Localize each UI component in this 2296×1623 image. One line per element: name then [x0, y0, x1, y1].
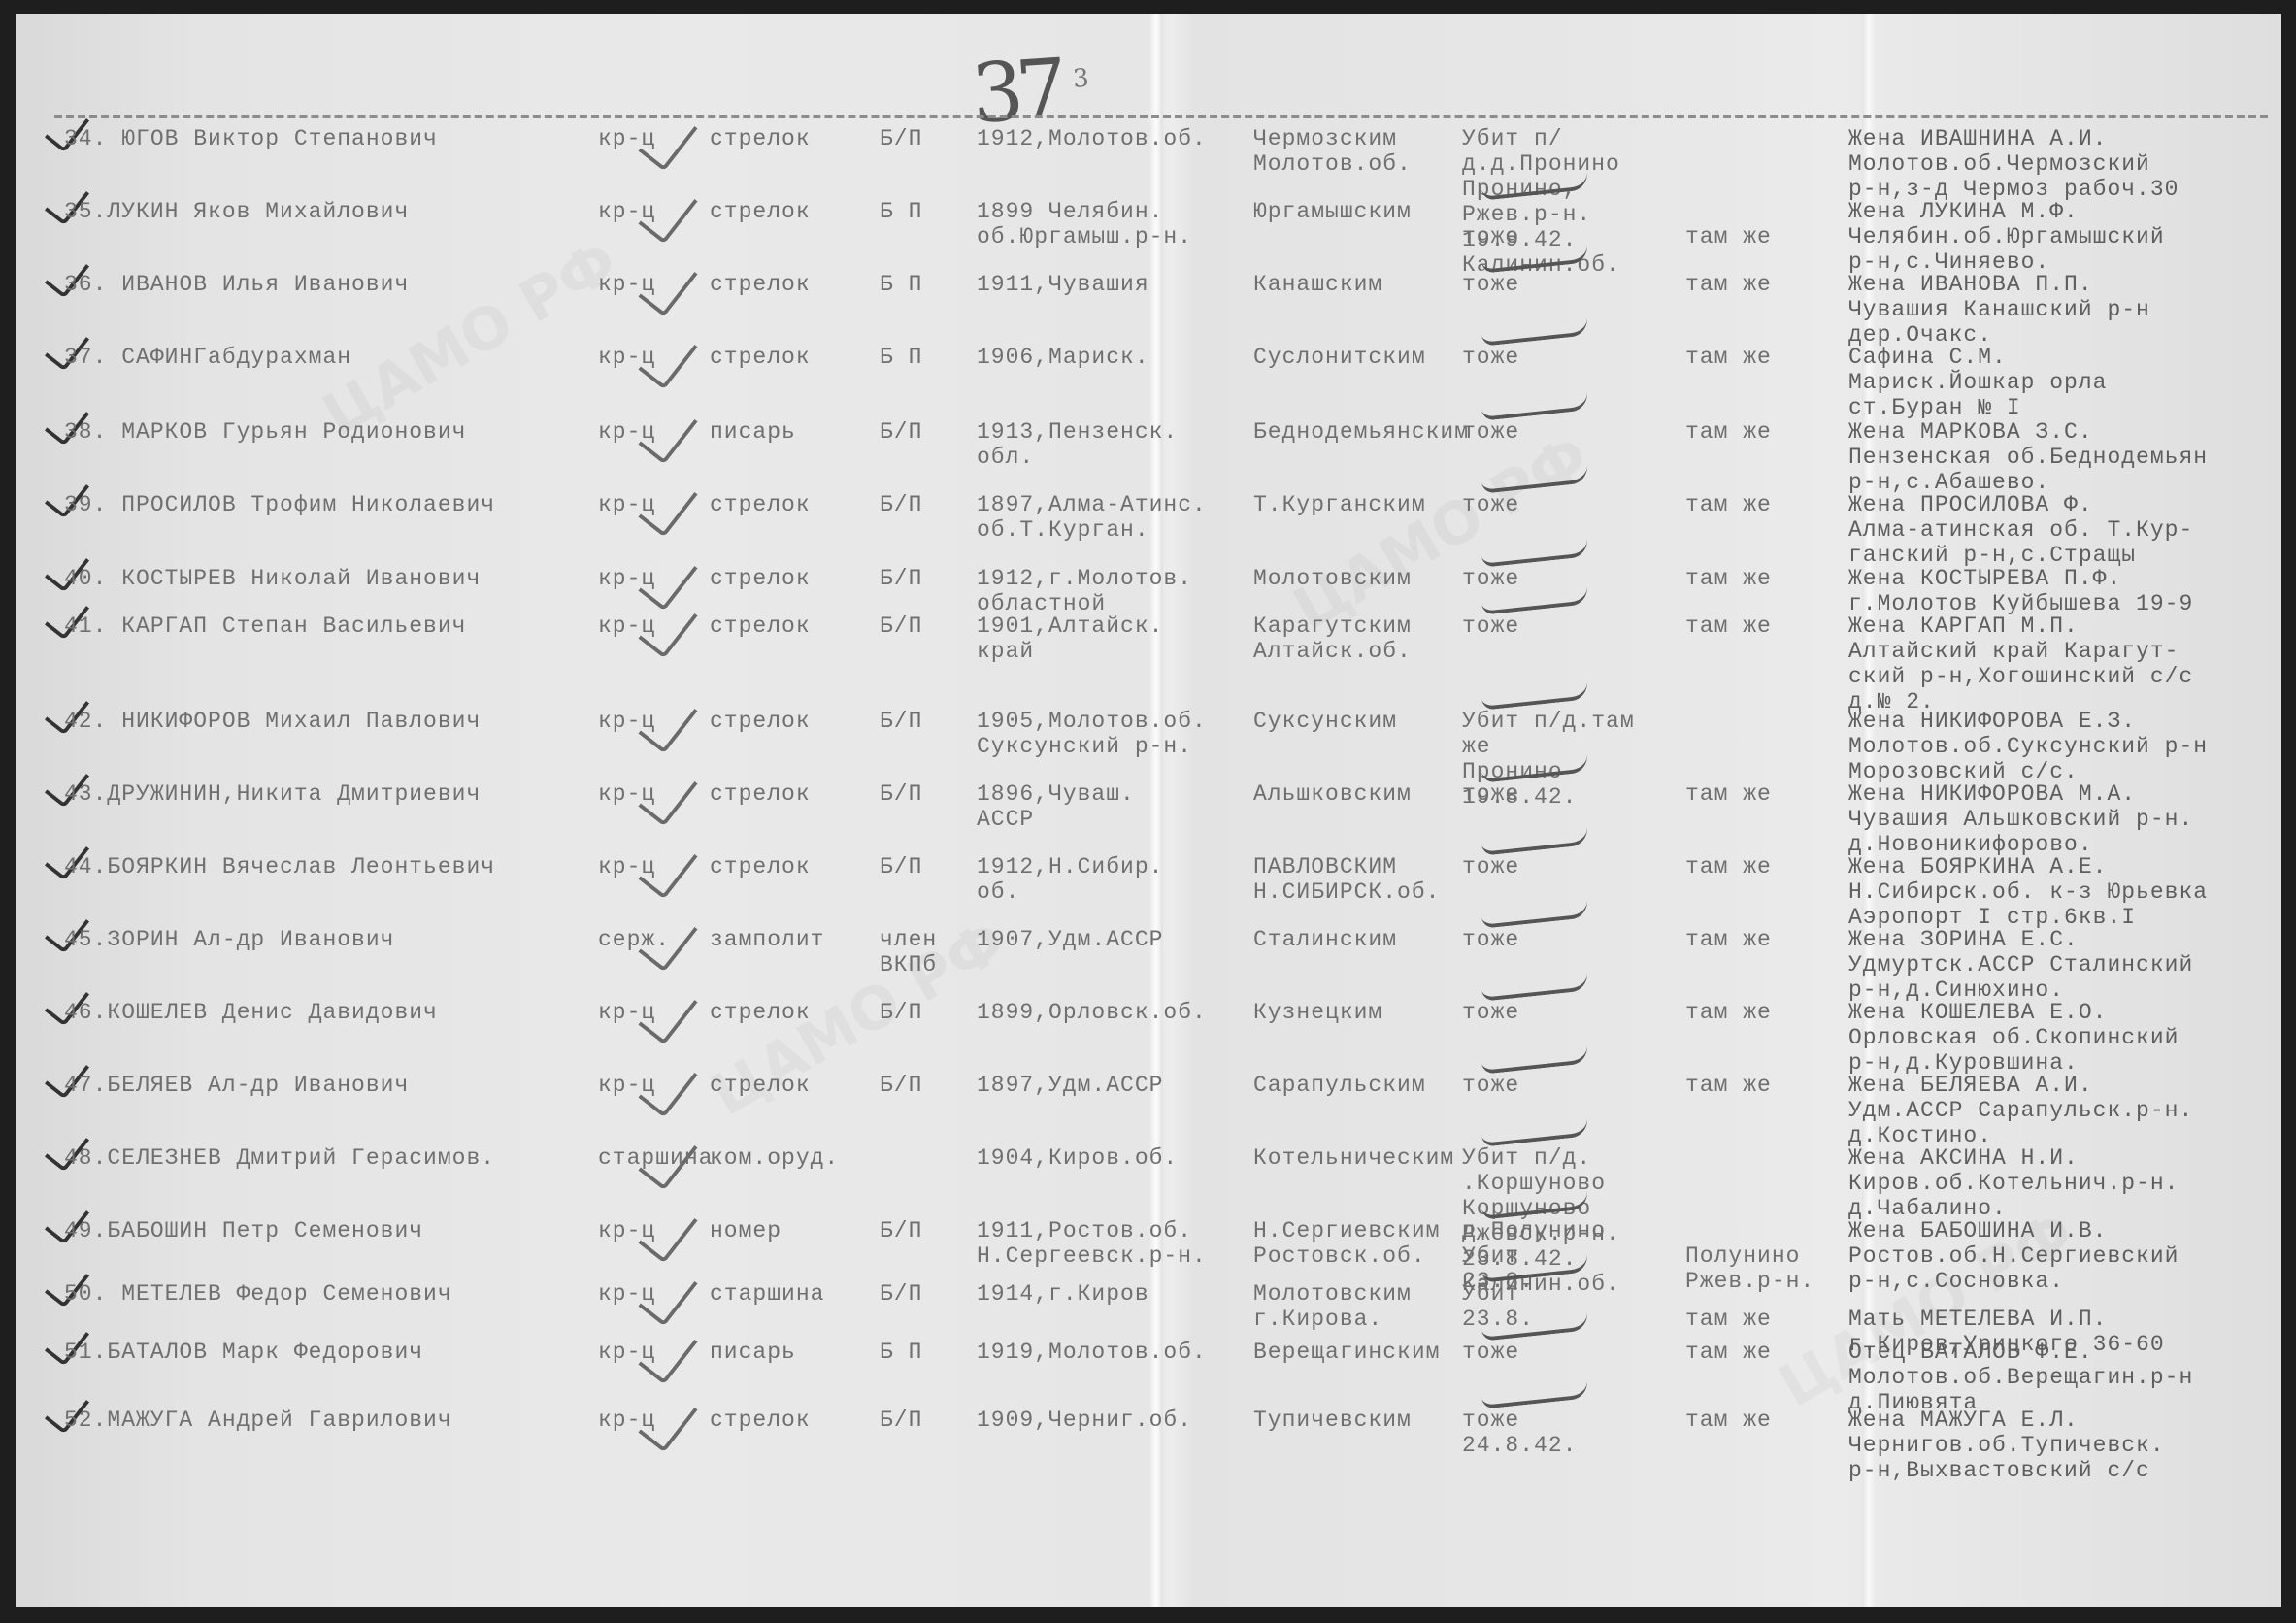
cell-position: старшина: [710, 1281, 824, 1307]
ditto-mark: [1481, 973, 1588, 1001]
cell-position: писарь: [710, 1340, 796, 1365]
cell-fate: тоже: [1462, 1073, 1676, 1098]
cell-rank: серж.: [598, 927, 670, 952]
cell-fate: тоже 24.8.42.: [1462, 1408, 1676, 1458]
cell-fate: тоже: [1462, 1000, 1676, 1025]
cell-fate: тоже: [1462, 272, 1676, 297]
ditto-mark: [1481, 827, 1588, 855]
cell-name: 43.ДРУЖИНИН,Никита Дмитриевич: [64, 781, 481, 807]
cell-name: 47.БЕЛЯЕВ Ал-др Иванович: [64, 1073, 409, 1098]
cell-birth: 1914,г.Киров: [977, 1281, 1248, 1307]
cell-position: стрелок: [710, 1408, 811, 1433]
cell-name: 44.БОЯРКИН Вячеслав Леонтьевич: [64, 854, 495, 879]
cell-rank: кр-ц: [598, 419, 655, 445]
cell-kin: Жена КОСТЫРЕВА П.Ф. г.Молотов Куйбышева …: [1848, 566, 2276, 616]
cell-birth: 1912,г.Молотов. областной: [977, 566, 1248, 616]
cell-party: Б/П: [880, 709, 922, 734]
cell-party: Б/П: [880, 854, 922, 879]
cell-rank: кр-ц: [598, 199, 655, 224]
sheet-number-suffix: 3: [1072, 64, 1090, 94]
cell-kin: Жена МАРКОВА З.С. Пензенская об.Беднодем…: [1848, 419, 2276, 495]
cell-position: стрелок: [710, 566, 811, 591]
cell-birth: 1909,Черниг.об.: [977, 1408, 1248, 1433]
cell-fate: тоже: [1462, 1340, 1676, 1365]
cell-rank: кр-ц: [598, 613, 655, 639]
cell-birth: 1897,Удм.АССР: [977, 1073, 1248, 1098]
cell-party: Б П: [880, 345, 922, 370]
cell-rank: кр-ц: [598, 126, 655, 151]
cell-name: 48.СЕЛЕЗНЕВ Дмитрий Герасимов.: [64, 1145, 495, 1171]
cell-birth: 1906,Мариск.: [977, 345, 1248, 370]
cell-birth: 1899 Челябин. об.Юргамыш.р-н.: [977, 199, 1248, 249]
cell-party: Б/П: [880, 781, 922, 807]
watermark: ЦАМО РФ: [1282, 421, 1600, 644]
cell-name: 49.БАБОШИН Петр Семенович: [64, 1218, 423, 1243]
cell-position: ком.оруд.: [710, 1145, 839, 1171]
ditto-mark: [1481, 1045, 1588, 1074]
cell-rank: кр-ц: [598, 1340, 655, 1365]
cell-birth: 1899,Орловск.об.: [977, 1000, 1248, 1025]
cell-birth: 1912,Молотов.об.: [977, 126, 1248, 151]
ditto-mark: [1481, 1118, 1588, 1146]
cell-rank: кр-ц: [598, 345, 655, 370]
separator-line: [54, 115, 2268, 118]
watermark: ЦАМО РФ: [312, 227, 629, 449]
cell-rank: кр-ц: [598, 1073, 655, 1098]
cell-name: 39. ПРОСИЛОВ Трофим Николаевич: [64, 492, 495, 517]
cell-fate: тоже: [1462, 613, 1676, 639]
cell-name: 50. МЕТЕЛЕВ Федор Семенович: [64, 1281, 452, 1307]
cell-fate: тоже: [1462, 492, 1676, 517]
cell-position: стрелок: [710, 492, 811, 517]
cell-party: Б/П: [880, 1000, 922, 1025]
cell-party: Б/П: [880, 419, 922, 445]
cell-kin: Жена БОЯРКИНА А.Е. Н.Сибирск.об. к-з Юрь…: [1848, 854, 2276, 930]
cell-position: стрелок: [710, 613, 811, 639]
cell-fate: тоже: [1462, 345, 1676, 370]
cell-name: 46.КОШЕЛЕВ Денис Давидович: [64, 1000, 438, 1025]
ditto-mark: [1481, 392, 1588, 420]
cell-position: стрелок: [710, 1073, 811, 1098]
cell-fate: тоже: [1462, 199, 1676, 249]
cell-position: стрелок: [710, 272, 811, 297]
cell-kin: Жена НИКИФОРОВА Е.З. Молотов.об.Суксунск…: [1848, 709, 2276, 784]
cell-rank: кр-ц: [598, 1408, 655, 1433]
cell-name: 51.БАТАЛОВ Марк Федорович: [64, 1340, 423, 1365]
cell-rank: кр-ц: [598, 709, 655, 734]
cell-party: Б/П: [880, 613, 922, 639]
cell-fate: тоже: [1462, 781, 1676, 807]
ditto-mark: [1481, 1380, 1588, 1408]
cell-birth: 1911,Ростов.об. Н.Сергеевск.р-н.: [977, 1218, 1248, 1269]
cell-birth: 1901,Алтайск. край: [977, 613, 1248, 664]
cell-fate: тоже: [1462, 927, 1676, 952]
cell-rank: кр-ц: [598, 854, 655, 879]
cell-position: стрелок: [710, 1000, 811, 1025]
cell-kin: Жена КАРГАП М.П. Алтайский край Карагут-…: [1848, 613, 2276, 714]
cell-name: 34. ЮГОВ Виктор Степанович: [64, 126, 438, 151]
cell-kin: Жена АКСИНА Н.И. Киров.об.Котельнич.р-н.…: [1848, 1145, 2276, 1221]
cell-party: Б/П: [880, 1073, 922, 1098]
cell-party: Б/П: [880, 126, 922, 151]
cell-birth: 1912,Н.Сибир. об.: [977, 854, 1248, 905]
cell-name: 36. ИВАНОВ Илья Иванович: [64, 272, 409, 297]
cell-kin: Жена ЛУКИНА М.Ф. Челябин.об.Юргамышский …: [1848, 199, 2276, 275]
cell-kin: Отец БАТАЛОВ Ф.Е. Молотов.об.Верещагин.р…: [1848, 1340, 2276, 1415]
cell-kin: Жена ПРОСИЛОВА Ф. Алма-атинская об. Т.Ку…: [1848, 492, 2276, 568]
cell-party: Б/П: [880, 1281, 922, 1307]
cell-birth: 1904,Киров.об.: [977, 1145, 1248, 1171]
cell-party: Б П: [880, 272, 922, 297]
cell-rank: кр-ц: [598, 1281, 655, 1307]
cell-kin: Жена ЗОРИНА Е.С. Удмуртск.АССР Сталински…: [1848, 927, 2276, 1003]
cell-fate: тоже: [1462, 566, 1676, 591]
cell-kin: Жена ИВАНОВА П.П. Чувашия Канашский р-н …: [1848, 272, 2276, 348]
cell-rank: кр-ц: [598, 1218, 655, 1243]
ditto-mark: [1481, 317, 1588, 346]
cell-kin: Жена ИВАШНИНА А.И. Молотов.об.Чермозский…: [1848, 126, 2276, 202]
cell-party: Б П: [880, 1340, 922, 1365]
cell-name: 41. КАРГАП Степан Васильевич: [64, 613, 466, 639]
cell-name: 45.ЗОРИН Ал-др Иванович: [64, 927, 394, 952]
cell-birth: 1907,Удм.АССР: [977, 927, 1248, 952]
cell-kin: Жена МАЖУГА Е.Л. Чернигов.об.Тупичевск. …: [1848, 1408, 2276, 1483]
ditto-mark: [1481, 539, 1588, 567]
cell-fate: тоже: [1462, 854, 1676, 879]
cell-position: номер: [710, 1218, 782, 1243]
cell-birth: 1913,Пензенск. обл.: [977, 419, 1248, 470]
cell-position: стрелок: [710, 781, 811, 807]
cell-position: стрелок: [710, 126, 811, 151]
cell-position: стрелок: [710, 199, 811, 224]
cell-name: 42. НИКИФОРОВ Михаил Павлович: [64, 709, 481, 734]
cell-kin: Сафина С.М. Мариск.Йошкар орла ст.Буран …: [1848, 345, 2276, 420]
cell-name: 37. САФИНГабдурахман: [64, 345, 351, 370]
cell-name: 52.МАЖУГА Андрей Гаврилович: [64, 1408, 452, 1433]
cell-position: стрелок: [710, 709, 811, 734]
cell-position: замполит: [710, 927, 824, 952]
cell-position: стрелок: [710, 854, 811, 879]
cell-rank: кр-ц: [598, 1000, 655, 1025]
cell-kin: Жена БЕЛЯЕВА А.И. Удм.АССР Сарапульск.р-…: [1848, 1073, 2276, 1148]
cell-party: Б/П: [880, 492, 922, 517]
cell-name: 40. КОСТЫРЕВ Николай Иванович: [64, 566, 481, 591]
cell-party: Б/П: [880, 566, 922, 591]
cell-rank: кр-ц: [598, 781, 655, 807]
cell-birth: 1896,Чуваш. АССР: [977, 781, 1248, 832]
cell-kin: Жена КОШЕЛЕВА Е.О. Орловская об.Скопинск…: [1848, 1000, 2276, 1076]
cell-name: 35.ЛУКИН Яков Михайлович: [64, 199, 409, 224]
ditto-mark: [1481, 681, 1588, 710]
cell-rank: старшина: [598, 1145, 713, 1171]
cell-name: 38. МАРКОВ Гурьян Родионович: [64, 419, 466, 445]
cell-rank: кр-ц: [598, 566, 655, 591]
cell-party: Б П: [880, 199, 922, 224]
cell-fate: тоже: [1462, 419, 1676, 445]
cell-position: стрелок: [710, 345, 811, 370]
cell-party: Б/П: [880, 1408, 922, 1433]
cell-party: член ВКПб: [880, 927, 937, 977]
cell-rank: кр-ц: [598, 492, 655, 517]
cell-position: писарь: [710, 419, 796, 445]
cell-kin: Жена НИКИФОРОВА М.А. Чувашия Альшковский…: [1848, 781, 2276, 857]
cell-party: Б/П: [880, 1218, 922, 1243]
cell-rank: кр-ц: [598, 272, 655, 297]
cell-birth: 1905,Молотов.об. Суксунский р-н.: [977, 709, 1248, 759]
cell-birth: 1897,Алма-Атинс. об.Т.Курган.: [977, 492, 1248, 543]
document-page: ЦАМО РФ ЦАМО РФ ЦАМО РФ ЦАМО РФ 373 34. …: [16, 14, 2281, 1607]
cell-birth: 1911,Чувашия: [977, 272, 1248, 297]
cell-birth: 1919,Молотов.об.: [977, 1340, 1248, 1365]
